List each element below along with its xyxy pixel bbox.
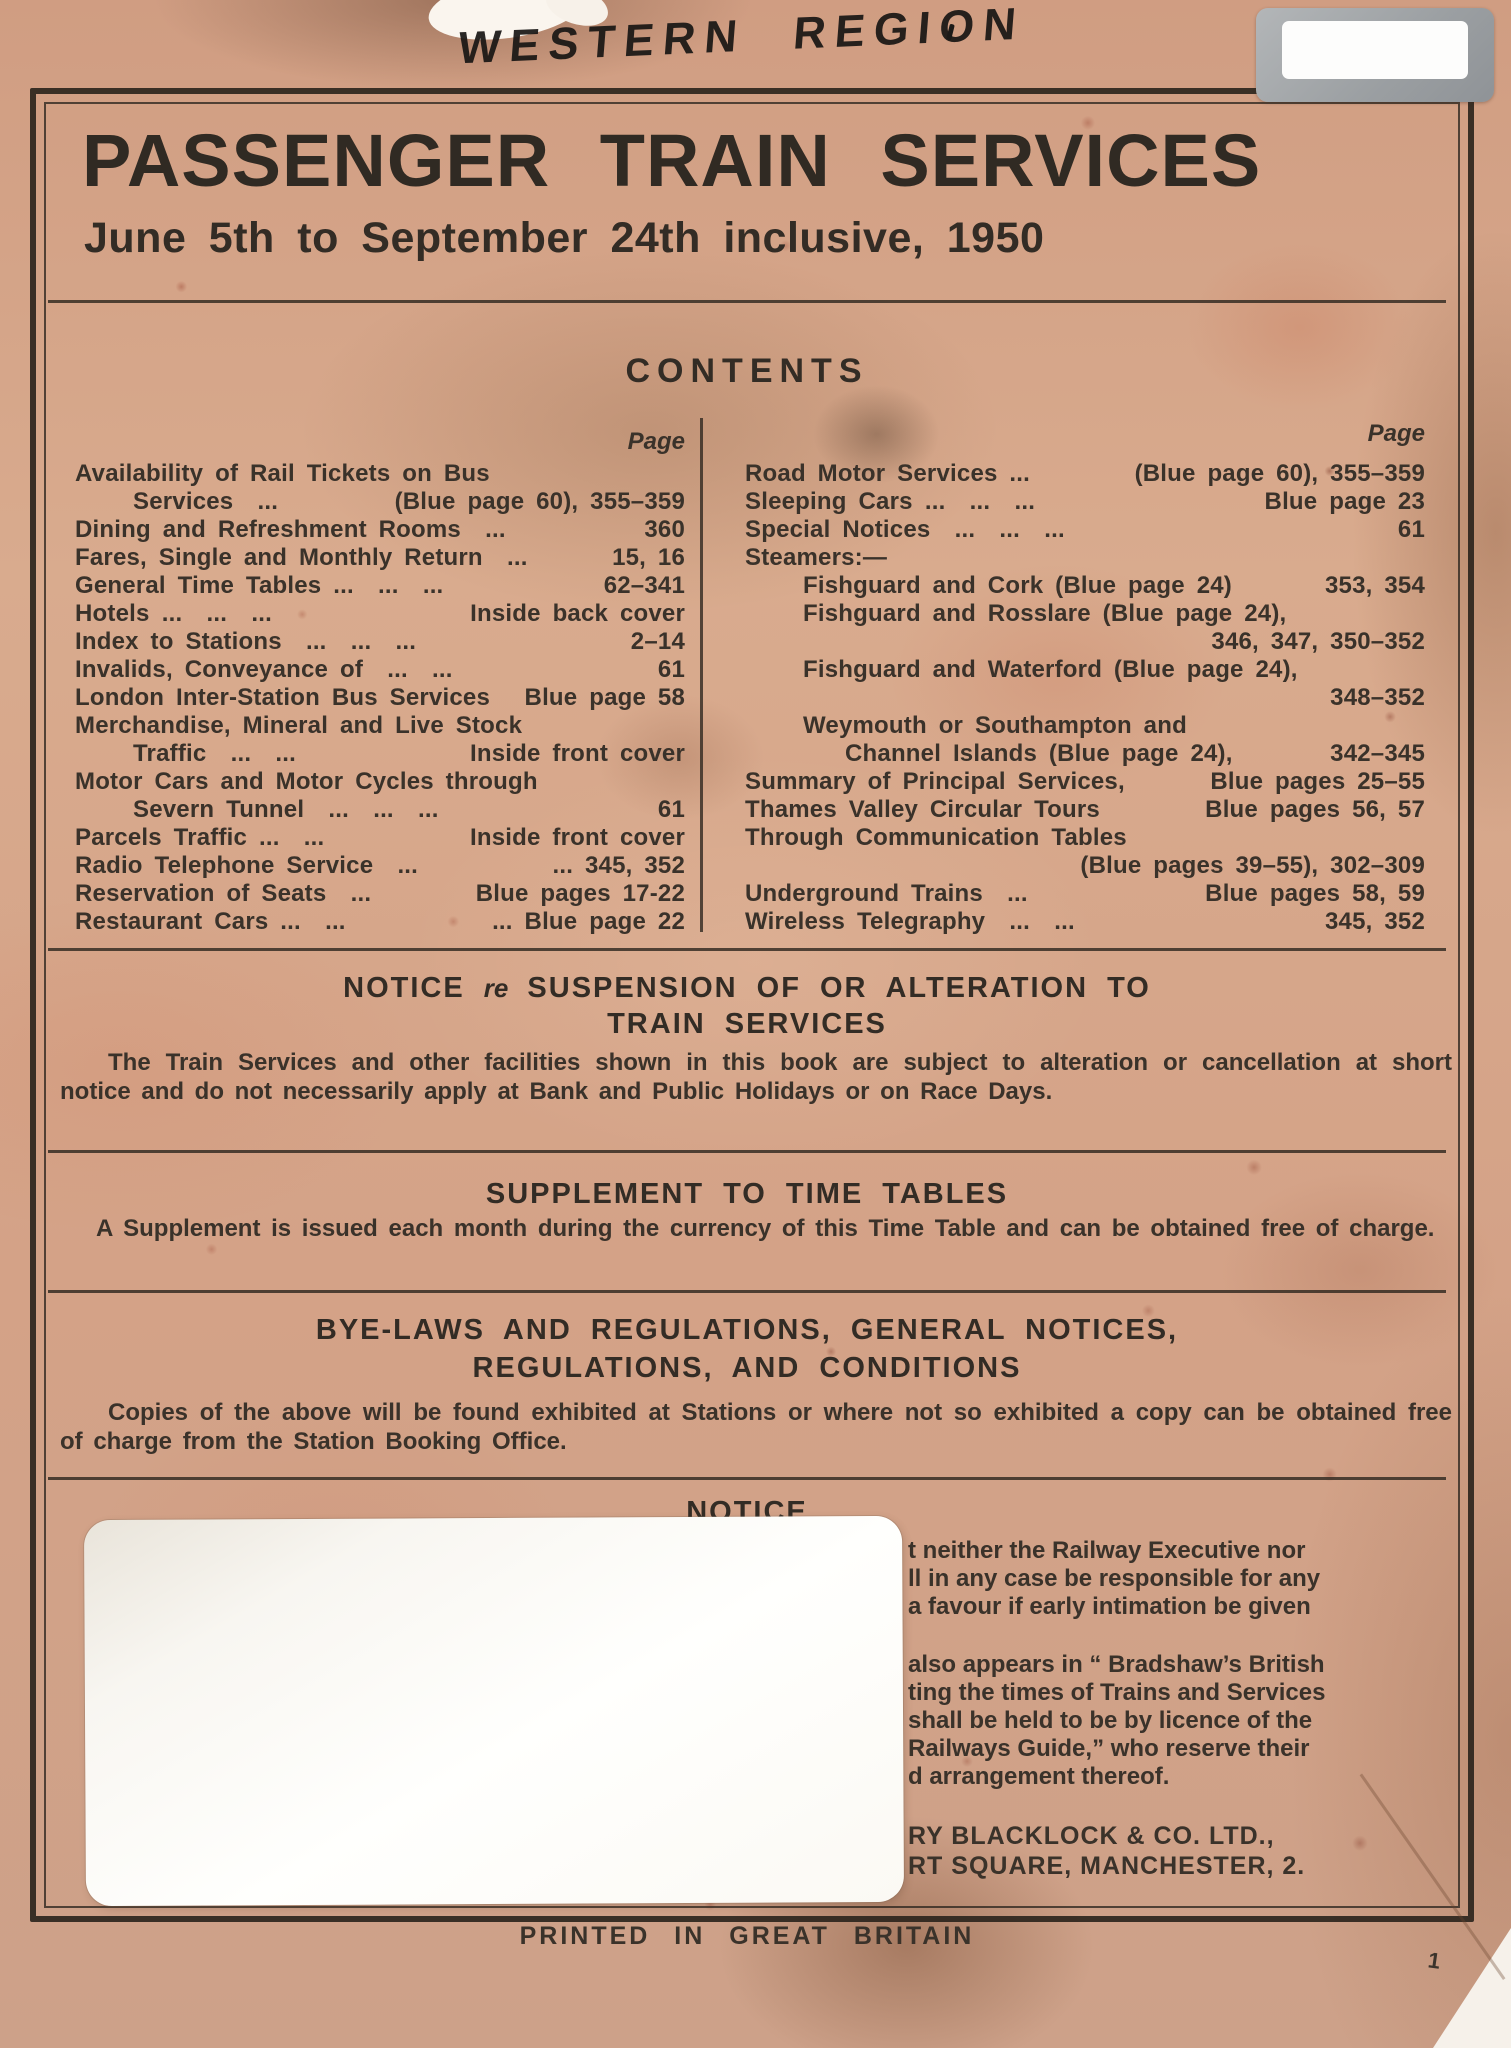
contents-entry-title: Radio Telephone Service ... — [75, 852, 418, 880]
contents-entry-page: 2–14 — [625, 628, 685, 656]
contents-row: Fishguard and Cork (Blue page 24) 353, 3… — [745, 572, 1425, 600]
contents-entry-page: 345, 352 — [1319, 908, 1425, 936]
contents-entry-page: 342–345 — [1324, 740, 1425, 768]
contents-entry-page: 61 — [652, 796, 685, 824]
contents-entry-page: Blue page 58 — [519, 684, 685, 712]
suspension-notice-heading: NOTICE re SUSPENSION OF OR ALTERATION TO — [48, 972, 1446, 1005]
section-rule — [48, 1477, 1446, 1480]
contents-entry-page: Blue pages 25–55 — [1204, 768, 1425, 796]
supplement-body: A Supplement is issued each month during… — [60, 1214, 1452, 1243]
contents-entry-title: Wireless Telegraphy ... ... — [745, 908, 1075, 936]
section-rule — [48, 300, 1446, 303]
contents-entry-title: Fishguard and Waterford (Blue page 24), — [803, 656, 1298, 684]
contents-column-divider — [700, 418, 703, 932]
contents-entry-page: (Blue pages 39–55), 302–309 — [1074, 852, 1425, 880]
contents-entry-page: 353, 354 — [1319, 572, 1425, 600]
contents-row: Parcels Traffic ... ... Inside front cov… — [75, 824, 685, 852]
contents-entry-page: Inside front cover — [464, 824, 685, 852]
contents-row: Thames Valley Circular Tours Blue pages … — [745, 796, 1425, 824]
contents-row: Merchandise, Mineral and Live Stock — [75, 712, 685, 740]
contents-row: London Inter-Station Bus Services Blue p… — [75, 684, 685, 712]
contents-right-column: Road Motor Services ... (Blue page 60), … — [745, 460, 1425, 936]
contents-entry-title: Fares, Single and Monthly Return ... — [75, 544, 528, 572]
contents-entry-title: Parcels Traffic ... ... — [75, 824, 324, 852]
contents-entry-title: Motor Cars and Motor Cycles through — [75, 768, 538, 796]
contents-row: Fishguard and Rosslare (Blue page 24), — [745, 600, 1425, 628]
contents-entry-title: Fishguard and Cork (Blue page 24) — [803, 572, 1232, 600]
page-title: PASSENGER TRAIN SERVICES — [82, 118, 1442, 203]
contents-entry-title: Steamers:— — [745, 544, 887, 572]
contents-row: Underground Trains ... Blue pages 58, 59 — [745, 880, 1425, 908]
contents-entry-title: Severn Tunnel ... ... ... — [133, 796, 439, 824]
contents-row: Sleeping Cars ... ... ... Blue page 23 — [745, 488, 1425, 516]
contents-row: Dining and Refreshment Rooms ... 360 — [75, 516, 685, 544]
contents-row: Fares, Single and Monthly Return ... 15,… — [75, 544, 685, 572]
contents-row: Traffic ... ... Inside front cover — [75, 740, 685, 768]
notice-fragment-line: ll in any case be responsible for any — [908, 1565, 1433, 1593]
contents-row: 346, 347, 350–352 — [745, 628, 1425, 656]
contents-left-column: Availability of Rail Tickets on Bus Serv… — [75, 460, 685, 936]
printed-in-note: PRINTED IN GREAT BRITAIN — [30, 1922, 1464, 1951]
contents-entry-title: Underground Trains ... — [745, 880, 1028, 908]
page-subtitle: June 5th to September 24th inclusive, 19… — [84, 214, 1444, 263]
contents-entry-title: Sleeping Cars ... ... ... — [745, 488, 1035, 516]
contents-entry-page: 346, 347, 350–352 — [1205, 628, 1425, 656]
bottom-notice-visible-fragments: t neither the Railway Executive nor ll i… — [908, 1537, 1433, 1881]
contents-row: Wireless Telegraphy ... ... 345, 352 — [745, 908, 1425, 936]
contents-entry-title: Hotels ... ... ... — [75, 600, 272, 628]
contents-entry-page: 360 — [638, 516, 685, 544]
contents-row: Summary of Principal Services, Blue page… — [745, 768, 1425, 796]
contents-entry-title: Dining and Refreshment Rooms ... — [75, 516, 506, 544]
contents-entry-title: General Time Tables ... ... ... — [75, 572, 443, 600]
contents-entry-page: Inside front cover — [464, 740, 685, 768]
corner-label-sticker — [1256, 8, 1494, 102]
notice-fragment-line: also appears in “ Bradshaw’s British — [908, 1651, 1433, 1679]
contents-entry-page: 61 — [1392, 516, 1425, 544]
contents-entry-title: London Inter-Station Bus Services — [75, 684, 490, 712]
contents-entry-title: Merchandise, Mineral and Live Stock — [75, 712, 522, 740]
contents-row: Reservation of Seats ... Blue pages 17-2… — [75, 880, 685, 908]
contents-row: Radio Telephone Service ... ... 345, 352 — [75, 852, 685, 880]
notice-fragment-line: Railways Guide,” who reserve their — [908, 1735, 1433, 1763]
notice-fragment-line: RY BLACKLOCK & CO. LTD., — [908, 1821, 1433, 1851]
scanned-timetable-cover: WESTERN REGION PASSENGER TRAIN SERVICES … — [0, 0, 1511, 2048]
contents-row: Services ... (Blue page 60), 355–359 — [75, 488, 685, 516]
contents-entry-title: Channel Islands (Blue page 24), — [845, 740, 1233, 768]
contents-entry-title: Reservation of Seats ... — [75, 880, 371, 908]
contents-entry-title: Thames Valley Circular Tours — [745, 796, 1100, 824]
white-label-sticker — [84, 1516, 904, 1906]
contents-row: Fishguard and Waterford (Blue page 24), — [745, 656, 1425, 684]
contents-entry-title: Through Communication Tables — [745, 824, 1127, 852]
contents-entry-title: Special Notices ... ... ... — [745, 516, 1065, 544]
page-column-label-left: Page — [75, 428, 685, 456]
contents-entry-page: Blue pages 56, 57 — [1199, 796, 1425, 824]
corner-label-sticker-blank — [1282, 21, 1468, 79]
contents-entry-title: Restaurant Cars ... ... — [75, 908, 346, 936]
contents-row: Channel Islands (Blue page 24), 342–345 — [745, 740, 1425, 768]
notice-fragment-line: t neither the Railway Executive nor — [908, 1537, 1433, 1565]
notice-fragment-line: RT SQUARE, MANCHESTER, 2. — [908, 1851, 1433, 1881]
section-rule — [48, 1150, 1446, 1153]
supplement-heading: SUPPLEMENT TO TIME TABLES — [48, 1178, 1446, 1211]
suspension-notice-body: The Train Services and other facilities … — [60, 1048, 1452, 1106]
contents-row: Steamers:— — [745, 544, 1425, 572]
contents-row: General Time Tables ... ... ... 62–341 — [75, 572, 685, 600]
suspension-heading-re: re — [484, 973, 509, 1003]
notice-fragment-line: ting the times of Trains and Services — [908, 1679, 1433, 1707]
notice-fragment-line: d arrangement thereof. — [908, 1763, 1433, 1791]
contents-entry-title: Services ... — [133, 488, 278, 516]
notice-fragment-line: a favour if early intimation be given — [908, 1593, 1433, 1621]
contents-entry-title: Invalids, Conveyance of ... ... — [75, 656, 453, 684]
bye-laws-body: Copies of the above will be found exhibi… — [60, 1398, 1452, 1456]
contents-row: Motor Cars and Motor Cycles through — [75, 768, 685, 796]
contents-row: Invalids, Conveyance of ... ... 61 — [75, 656, 685, 684]
contents-row: Weymouth or Southampton and — [745, 712, 1425, 740]
contents-entry-title: Weymouth or Southampton and — [803, 712, 1187, 740]
contents-entry-title: Fishguard and Rosslare (Blue page 24), — [803, 600, 1286, 628]
section-rule — [48, 948, 1446, 951]
contents-entry-page: ... Blue page 22 — [486, 908, 685, 936]
section-rule — [48, 1290, 1446, 1293]
contents-entry-page: ... 345, 352 — [547, 852, 686, 880]
contents-row: Road Motor Services ... (Blue page 60), … — [745, 460, 1425, 488]
contents-entry-page: Blue page 23 — [1259, 488, 1425, 516]
contents-row: Hotels ... ... ... Inside back cover — [75, 600, 685, 628]
suspension-heading-rest: SUSPENSION OF OR ALTERATION TO — [527, 972, 1150, 1004]
notice-fragment-line: shall be held to be by licence of the — [908, 1707, 1433, 1735]
contents-entry-page: Blue pages 17-22 — [470, 880, 685, 908]
contents-row: (Blue pages 39–55), 302–309 — [745, 852, 1425, 880]
contents-entry-page: 62–341 — [598, 572, 685, 600]
contents-row: 348–352 — [745, 684, 1425, 712]
contents-entry-title: Availability of Rail Tickets on Bus — [75, 460, 490, 488]
bye-laws-heading-line1: BYE-LAWS AND REGULATIONS, GENERAL NOTICE… — [48, 1314, 1446, 1347]
contents-entry-page: 15, 16 — [606, 544, 685, 572]
contents-row: Through Communication Tables — [745, 824, 1425, 852]
contents-row: Index to Stations ... ... ... 2–14 — [75, 628, 685, 656]
contents-entry-page: Blue pages 58, 59 — [1199, 880, 1425, 908]
contents-entry-page: (Blue page 60), 355–359 — [1129, 460, 1425, 488]
page-column-label-right: Page — [745, 420, 1425, 448]
contents-entry-title: Index to Stations ... ... ... — [75, 628, 416, 656]
contents-entry-title: Summary of Principal Services, — [745, 768, 1125, 796]
contents-entry-page: (Blue page 60), 355–359 — [389, 488, 685, 516]
page-number-mark: 1 — [1426, 1947, 1442, 1974]
bye-laws-heading-line2: REGULATIONS, AND CONDITIONS — [48, 1352, 1446, 1385]
contents-entry-title: Traffic ... ... — [133, 740, 296, 768]
suspension-heading-word: NOTICE — [343, 972, 465, 1004]
contents-row: Severn Tunnel ... ... ... 61 — [75, 796, 685, 824]
contents-heading: CONTENTS — [48, 352, 1446, 391]
contents-entry-page: 61 — [652, 656, 685, 684]
notice-fragment-line — [908, 1621, 1433, 1651]
contents-entry-title: Road Motor Services ... — [745, 460, 1030, 488]
contents-row: Restaurant Cars ... ... ... Blue page 22 — [75, 908, 685, 936]
contents-row: Availability of Rail Tickets on Bus — [75, 460, 685, 488]
contents-entry-page: 348–352 — [1324, 684, 1425, 712]
contents-entry-page: Inside back cover — [464, 600, 685, 628]
notice-fragment-line — [908, 1791, 1433, 1821]
suspension-notice-heading-line2: TRAIN SERVICES — [48, 1008, 1446, 1041]
contents-row: Special Notices ... ... ... 61 — [745, 516, 1425, 544]
